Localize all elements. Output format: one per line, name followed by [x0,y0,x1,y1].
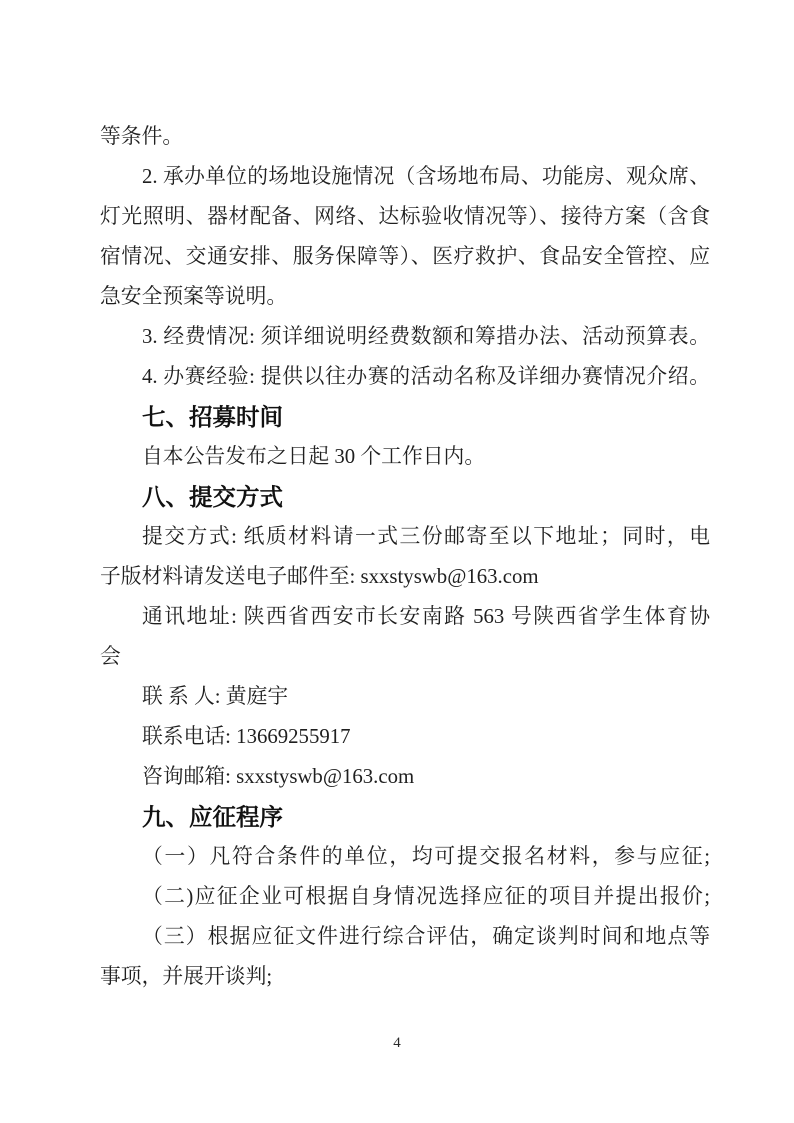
procedure-item-3-line-1: （三）根据应征文件进行综合评估，确定谈判时间和地点等 [100,917,710,957]
list-item-3-funding: 3. 经费情况: 须详细说明经费数额和筹措办法、活动预算表。 [100,317,710,357]
list-item-2-venue-facilities-line-1: 2. 承办单位的场地设施情况（含场地布局、功能房、观众席、 [100,157,710,197]
submission-method-line-2-email: 子版材料请发送电子邮件至: sxxstyswb@163.com [100,557,710,597]
contact-person-line: 联 系 人: 黄庭宇 [100,677,710,717]
mailing-address-line-2: 会 [100,637,710,677]
list-item-2-venue-facilities-line-3: 宿情况、交通安排、服务保障等）、医疗救护、食品安全管控、应 [100,237,710,277]
submission-method-line-1: 提交方式: 纸质材料请一式三份邮寄至以下地址；同时，电 [100,517,710,557]
list-item-2-venue-facilities-line-4: 急安全预案等说明。 [100,277,710,317]
mailing-address-line-1: 通讯地址: 陕西省西安市长安南路 563 号陕西省学生体育协 [100,597,710,637]
page-number: 4 [0,1032,794,1054]
section-heading-application-procedure: 九、应征程序 [100,797,710,837]
list-item-4-experience: 4. 办赛经验: 提供以往办赛的活动名称及详细办赛情况介绍。 [100,357,710,397]
paragraph-continuation-conditions: 等条件。 [100,117,710,157]
procedure-item-2: （二)应征企业可根据自身情况选择应征的项目并提出报价; [100,877,710,917]
contact-email-line: 咨询邮箱: sxxstyswb@163.com [100,757,710,797]
section-heading-recruitment-time: 七、招募时间 [100,397,710,437]
recruitment-period-text: 自本公告发布之日起 30 个工作日内。 [100,437,710,477]
section-heading-submission-method: 八、提交方式 [100,477,710,517]
document-body: 等条件。 2. 承办单位的场地设施情况（含场地布局、功能房、观众席、 灯光照明、… [100,117,710,997]
list-item-2-venue-facilities-line-2: 灯光照明、器材配备、网络、达标验收情况等）、接待方案（含食 [100,197,710,237]
procedure-item-1: （一）凡符合条件的单位，均可提交报名材料，参与应征; [100,837,710,877]
document-page: 等条件。 2. 承办单位的场地设施情况（含场地布局、功能房、观众席、 灯光照明、… [0,0,794,1123]
contact-phone-line: 联系电话: 13669255917 [100,717,710,757]
procedure-item-3-line-2: 事项，并展开谈判; [100,957,710,997]
